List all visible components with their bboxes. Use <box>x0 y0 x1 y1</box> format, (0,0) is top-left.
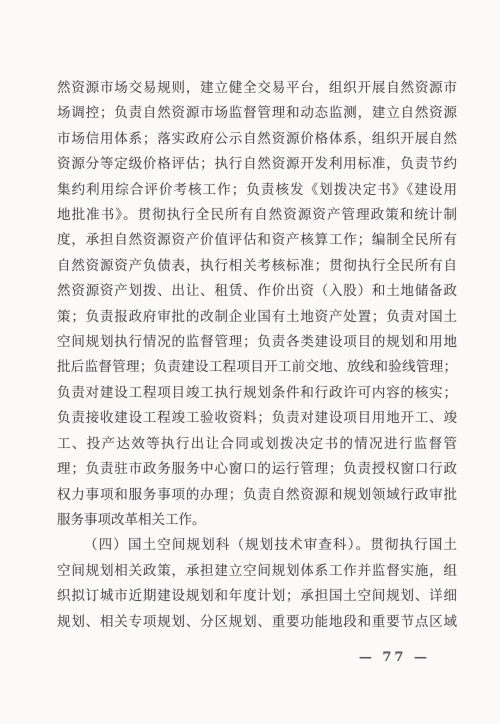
text-line: 场调控；负责自然资源市场监督管理和动态监测，建立自然资源 <box>57 101 457 126</box>
document-page: 然资源市场交易规则，建立健全交易平台，组织开展自然资源市 场调控；负责自然资源市… <box>0 0 500 724</box>
text-line: 市场信用体系；落实政府公示自然资源价格体系，组织开展自然 <box>57 127 457 152</box>
text-line: 空间规划相关政策，承担建立空间规划体系工作并监督实施，组 <box>57 559 457 584</box>
text-line: 然资源市场交易规则，建立健全交易平台，组织开展自然资源市 <box>57 76 457 101</box>
text-line: 织拟订城市近期建设规划和年度计划；承担国土空间规划、详细 <box>57 584 457 609</box>
text-line: 然资源资产划拨、出让、租赁、作价出资（入股）和土地储备政 <box>57 279 457 304</box>
text-line: 集约利用综合评价考核工作；负责核发《划拨决定书》《建设用 <box>57 178 457 203</box>
text-line: 负责对建设工程项目竣工执行规划条件和行政许可内容的核实； <box>57 381 457 406</box>
text-line: 自然资源资产负债表，执行相关考核标准；贯彻执行全民所有自 <box>57 254 457 279</box>
text-line-paragraph-end: 服务事项改革相关工作。 <box>57 508 457 533</box>
text-line: 工、投产达效等执行出让合同或划拨决定书的情况进行监督管 <box>57 432 457 457</box>
text-line: 空间规划执行情况的监督管理；负责各类建设项目的规划和用地 <box>57 330 457 355</box>
text-line: 度，承担自然资源资产价值评估和资产核算工作；编制全民所有 <box>57 228 457 253</box>
text-line: 资源分等定级价格评估；执行自然资源开发利用标准，负责节约 <box>57 152 457 177</box>
text-line: 负责接收建设工程竣工验收资料；负责对建设项目用地开工、竣 <box>57 406 457 431</box>
page-number: — 77 — <box>359 650 430 665</box>
text-line: 理；负责驻市政务服务中心窗口的运行管理；负责授权窗口行政 <box>57 457 457 482</box>
text-line: 规划、相关专项规划、分区规划、重要功能地段和重要节点区域 <box>57 610 457 635</box>
text-line: 权力事项和服务事项的办理；负责自然资源和规划领域行政审批 <box>57 483 457 508</box>
text-line: 策；负责报政府审批的改制企业国有土地资产处置；负责对国土 <box>57 305 457 330</box>
text-line: 批后监督管理；负责建设工程项目开工前交地、放线和验线管理； <box>57 355 457 380</box>
text-line: 地批准书》。贯彻执行全民所有自然资源资产管理政策和统计制 <box>57 203 457 228</box>
document-body: 然资源市场交易规则，建立健全交易平台，组织开展自然资源市 场调控；负责自然资源市… <box>57 76 457 635</box>
section-heading-line: （四）国土空间规划科（规划技术审查科）。贯彻执行国土 <box>57 533 457 558</box>
